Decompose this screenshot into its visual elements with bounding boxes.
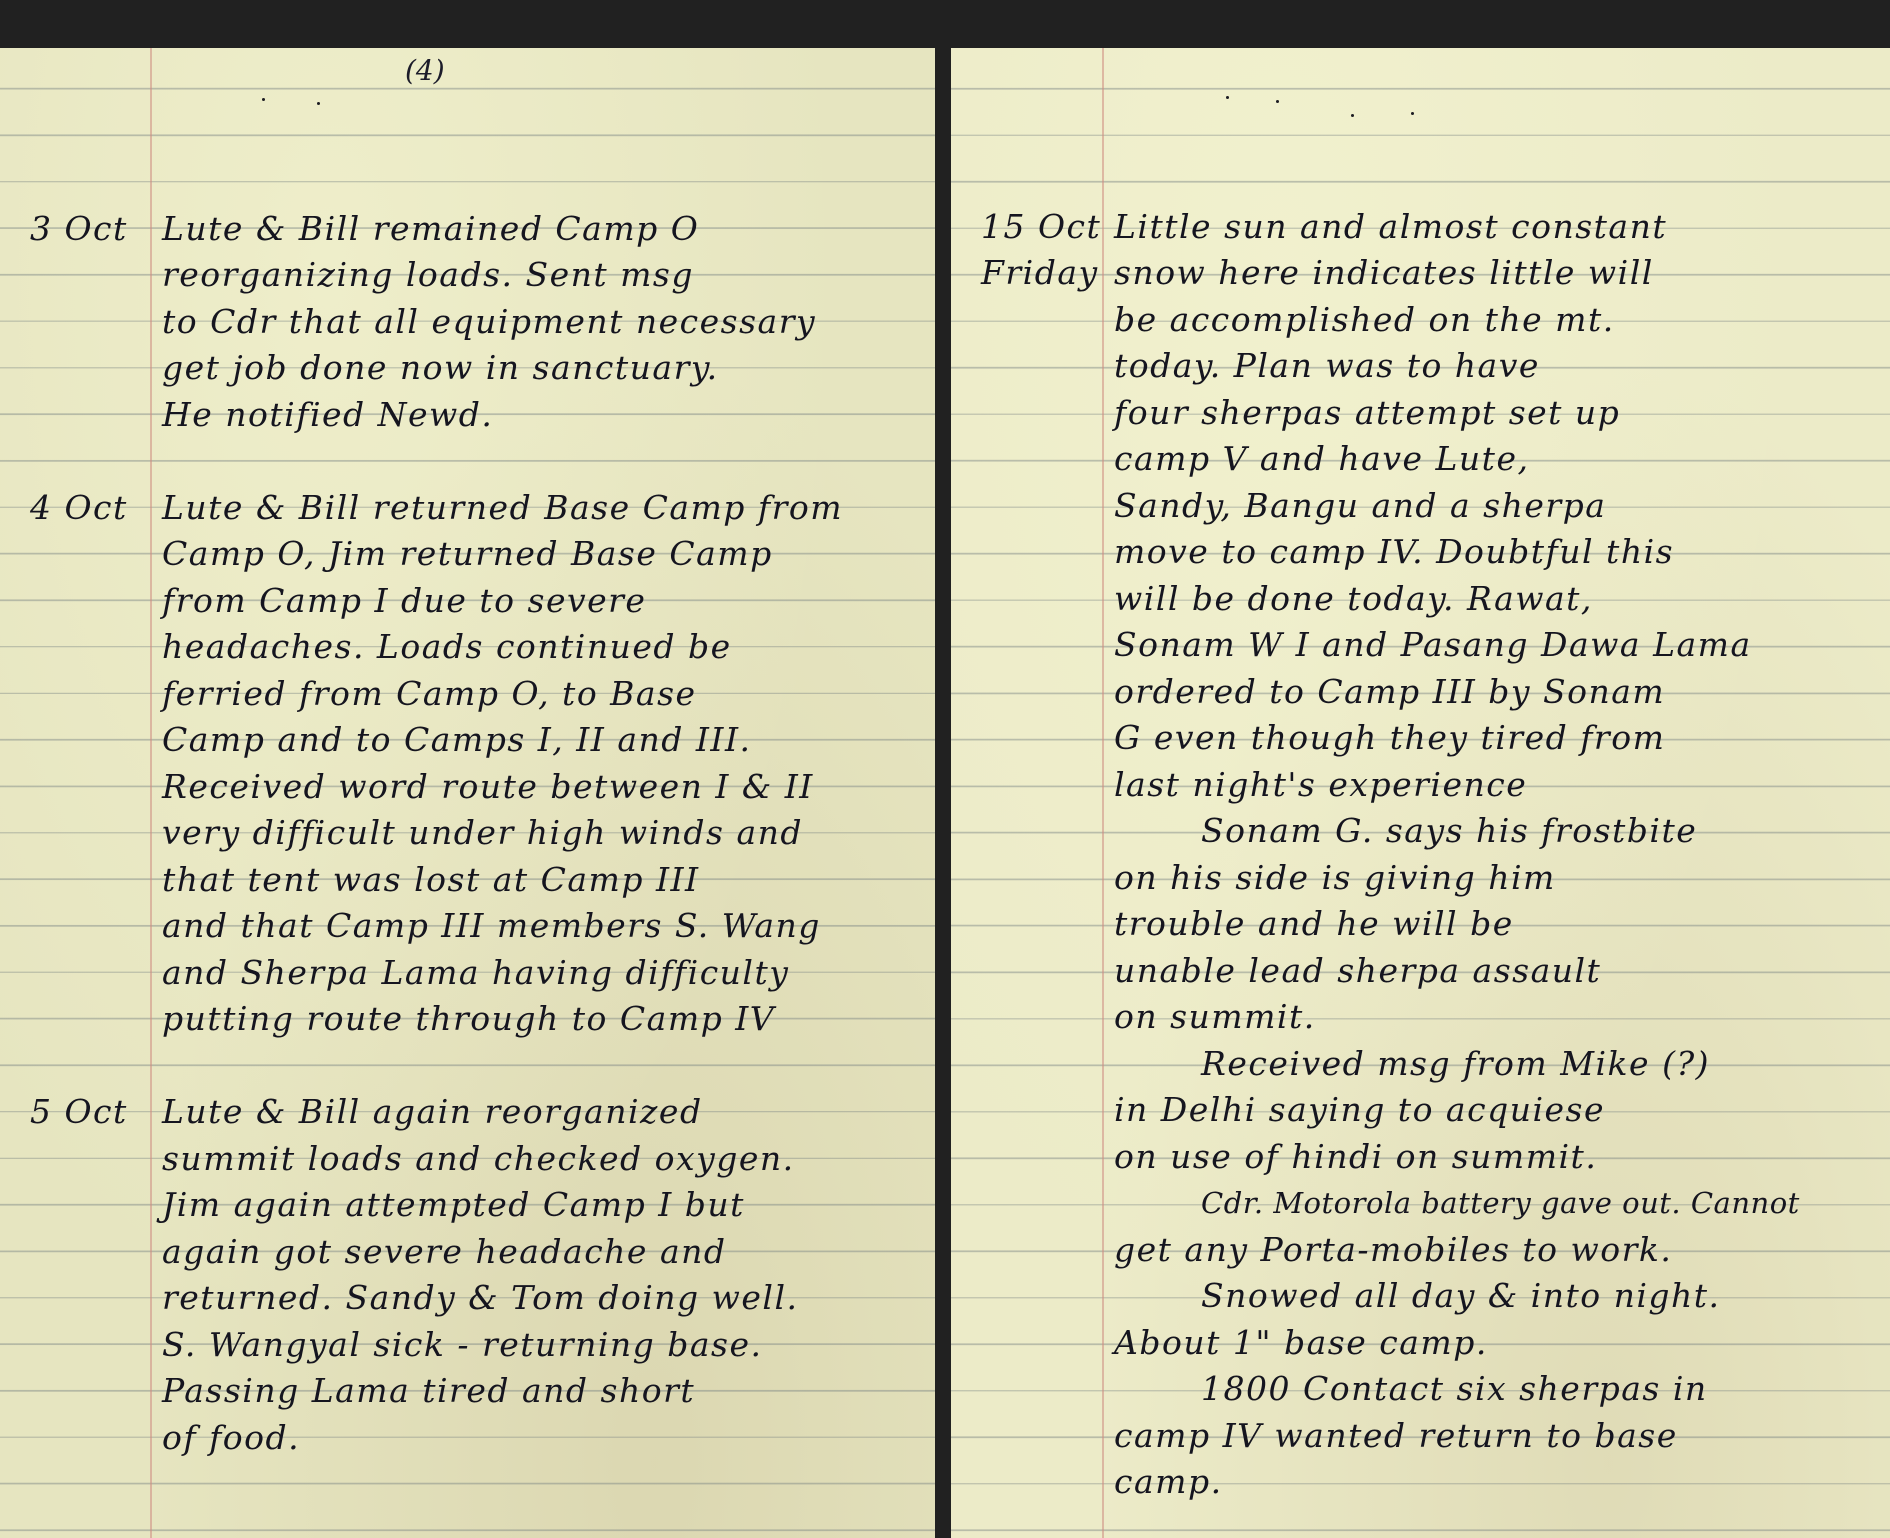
entry-text: and that Camp III members S. Wang: [162, 903, 821, 949]
journal-line: that tent was lost at Camp III: [0, 857, 935, 903]
journal-line: 15 Oct Little sun and almost constant: [951, 204, 1890, 250]
journal-line: of food.: [0, 1415, 935, 1461]
entry-text: reorganizing loads. Sent msg: [162, 252, 694, 298]
entry-text: putting route through to Camp IV: [162, 996, 775, 1042]
entry-text: last night's experience: [1114, 762, 1527, 808]
entry-text: on summit.: [1114, 994, 1316, 1040]
entry-text: Cdr. Motorola battery gave out. Cannot: [1201, 1180, 1800, 1226]
entry-text: Passing Lama tired and short: [162, 1368, 695, 1414]
journal-line: four sherpas attempt set up: [951, 390, 1890, 436]
journal-line: 5 Oct Lute & Bill again reorganized: [0, 1089, 935, 1135]
entry-text: get any Porta-mobiles to work.: [1114, 1227, 1672, 1273]
entry-text: Camp O, Jim returned Base Camp: [162, 531, 773, 577]
journal-line: and that Camp III members S. Wang: [0, 903, 935, 949]
entry-text: Lute & Bill again reorganized: [162, 1089, 703, 1135]
journal-line: ferried from Camp O, to Base: [0, 671, 935, 717]
entry-text: very difficult under high winds and: [162, 810, 803, 856]
journal-line: camp.: [951, 1459, 1890, 1505]
entry-text: camp.: [1114, 1459, 1223, 1505]
entry-text: summit loads and checked oxygen.: [162, 1136, 795, 1182]
entry-text: four sherpas attempt set up: [1114, 390, 1620, 436]
entry-text: G even though they tired from: [1114, 715, 1665, 761]
entry-text: and Sherpa Lama having difficulty: [162, 950, 789, 996]
entry-text: camp IV wanted return to base: [1114, 1413, 1678, 1459]
journal-line: Sandy, Bangu and a sherpa: [951, 483, 1890, 529]
entry-text: 1800 Contact six sherpas in: [1201, 1366, 1708, 1412]
journal-line: to Cdr that all equipment necessary: [0, 299, 935, 345]
journal-line: will be done today. Rawat,: [951, 576, 1890, 622]
entry-date: 5 Oct: [30, 1089, 128, 1135]
entry-text: unable lead sherpa assault: [1114, 948, 1601, 994]
entry-text: trouble and he will be: [1114, 901, 1514, 947]
entry-text: Little sun and almost constant: [1114, 204, 1667, 250]
entry-text: S. Wangyal sick - returning base.: [162, 1322, 763, 1368]
left-journal-page: (4) 3 Oct Lute & Bill remained Camp O re…: [0, 48, 935, 1538]
entry-text: snow here indicates little will: [1114, 250, 1654, 296]
entry-text: to Cdr that all equipment necessary: [162, 299, 816, 345]
entry-text: headaches. Loads continued be: [162, 624, 732, 670]
journal-line: unable lead sherpa assault: [951, 948, 1890, 994]
entry-text: Received word route between I & II: [162, 764, 814, 810]
entry-text: be accomplished on the mt.: [1114, 297, 1615, 343]
journal-line: be accomplished on the mt.: [951, 297, 1890, 343]
journal-line: very difficult under high winds and: [0, 810, 935, 856]
entry-text: ferried from Camp O, to Base: [162, 671, 697, 717]
journal-line: headaches. Loads continued be: [0, 624, 935, 670]
journal-line: S. Wangyal sick - returning base.: [0, 1322, 935, 1368]
journal-line: in Delhi saying to acquiese: [951, 1087, 1890, 1133]
ink-speck: [262, 98, 265, 101]
journal-line: 3 Oct Lute & Bill remained Camp O: [0, 206, 935, 252]
journal-line: on summit.: [951, 994, 1890, 1040]
entry-text: ordered to Camp III by Sonam: [1114, 669, 1665, 715]
journal-line: trouble and he will be: [951, 901, 1890, 947]
journal-line: today. Plan was to have: [951, 343, 1890, 389]
journal-line: reorganizing loads. Sent msg: [0, 252, 935, 298]
journal-line: get any Porta-mobiles to work.: [951, 1227, 1890, 1273]
journal-line: Cdr. Motorola battery gave out. Cannot: [951, 1180, 1890, 1226]
entry-text: He notified Newd.: [162, 392, 493, 438]
entry-text: Sonam W I and Pasang Dawa Lama: [1114, 622, 1752, 668]
ink-speck: [1411, 112, 1414, 115]
journal-line: putting route through to Camp IV: [0, 996, 935, 1042]
entry-text: move to camp IV. Doubtful this: [1114, 529, 1674, 575]
entry-text: in Delhi saying to acquiese: [1114, 1087, 1605, 1133]
entry-text: Camp and to Camps I, II and III.: [162, 717, 751, 763]
journal-line: Camp and to Camps I, II and III.: [0, 717, 935, 763]
journal-line: G even though they tired from: [951, 715, 1890, 761]
entry-text: will be done today. Rawat,: [1114, 576, 1593, 622]
entry-text: that tent was lost at Camp III: [162, 857, 700, 903]
journal-line: camp V and have Lute,: [951, 436, 1890, 482]
journal-line: About 1" base camp.: [951, 1320, 1890, 1366]
journal-line: He notified Newd.: [0, 392, 935, 438]
entry-text: Lute & Bill remained Camp O: [162, 206, 699, 252]
journal-line: from Camp I due to severe: [0, 578, 935, 624]
journal-line: 1800 Contact six sherpas in: [951, 1366, 1890, 1412]
journal-line: Sonam W I and Pasang Dawa Lama: [951, 622, 1890, 668]
journal-line: Received word route between I & II: [0, 764, 935, 810]
journal-line: Camp O, Jim returned Base Camp: [0, 531, 935, 577]
entry-text: Sandy, Bangu and a sherpa: [1114, 483, 1606, 529]
entry-text: About 1" base camp.: [1114, 1320, 1488, 1366]
entry-date: 15 Oct: [981, 204, 1101, 250]
journal-line: last night's experience: [951, 762, 1890, 808]
entry-text: get job done now in sanctuary.: [162, 345, 719, 391]
journal-line: camp IV wanted return to base: [951, 1413, 1890, 1459]
ink-speck: [1226, 96, 1229, 99]
journal-line: 4 Oct Lute & Bill returned Base Camp fro…: [0, 485, 935, 531]
journal-line: ordered to Camp III by Sonam: [951, 669, 1890, 715]
entry-day: Friday: [981, 250, 1099, 296]
entry-text: today. Plan was to have: [1114, 343, 1540, 389]
journal-line: again got severe headache and: [0, 1229, 935, 1275]
entry-text: Sonam G. says his frostbite: [1201, 808, 1697, 854]
ink-speck: [1276, 100, 1279, 103]
journal-line: Received msg from Mike (?): [951, 1041, 1890, 1087]
entry-text: on his side is giving him: [1114, 855, 1556, 901]
entry-text: Received msg from Mike (?): [1201, 1041, 1710, 1087]
journal-line: returned. Sandy & Tom doing well.: [0, 1275, 935, 1321]
journal-line: and Sherpa Lama having difficulty: [0, 950, 935, 996]
entry-text: from Camp I due to severe: [162, 578, 646, 624]
journal-line: on his side is giving him: [951, 855, 1890, 901]
journal-line: Passing Lama tired and short: [0, 1368, 935, 1414]
entry-text: Jim again attempted Camp I but: [162, 1182, 745, 1228]
right-journal-page: 15 Oct Little sun and almost constant Fr…: [951, 48, 1890, 1538]
journal-line: get job done now in sanctuary.: [0, 345, 935, 391]
journal-line: on use of hindi on summit.: [951, 1134, 1890, 1180]
entry-text: Lute & Bill returned Base Camp from: [162, 485, 843, 531]
ink-speck: [317, 102, 320, 105]
journal-line: move to camp IV. Doubtful this: [951, 529, 1890, 575]
entry-text: returned. Sandy & Tom doing well.: [162, 1275, 799, 1321]
journal-line: summit loads and checked oxygen.: [0, 1136, 935, 1182]
entry-text: Snowed all day & into night.: [1201, 1273, 1721, 1319]
page-number: (4): [405, 54, 445, 87]
entry-date: 3 Oct: [30, 206, 128, 252]
entry-date: 4 Oct: [30, 485, 128, 531]
entry-text: on use of hindi on summit.: [1114, 1134, 1597, 1180]
entry-text: again got severe headache and: [162, 1229, 727, 1275]
entry-text: of food.: [162, 1415, 300, 1461]
journal-line: Friday snow here indicates little will: [951, 250, 1890, 296]
journal-line: Snowed all day & into night.: [951, 1273, 1890, 1319]
journal-line: Sonam G. says his frostbite: [951, 808, 1890, 854]
journal-line: Jim again attempted Camp I but: [0, 1182, 935, 1228]
ink-speck: [1351, 114, 1354, 117]
entry-text: camp V and have Lute,: [1114, 436, 1529, 482]
